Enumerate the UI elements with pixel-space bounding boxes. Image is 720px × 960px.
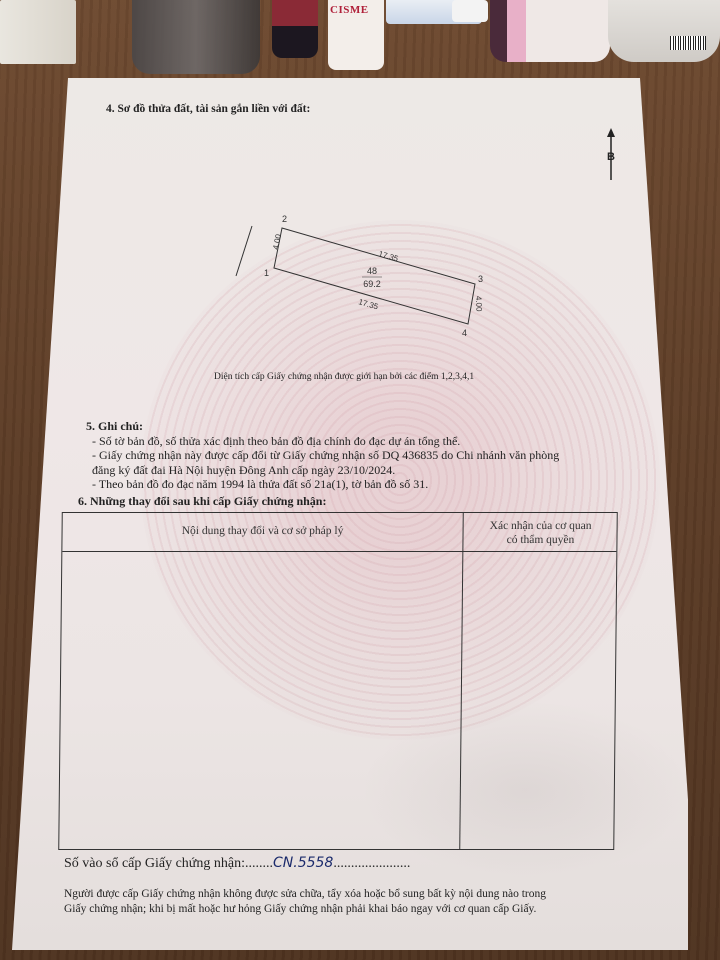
registration-label: Số vào sổ cấp Giấy chứng nhận: (64, 856, 245, 871)
svg-text:2: 2 (282, 214, 287, 224)
north-label: B (607, 151, 615, 163)
tabletop-items: CISME (0, 0, 720, 78)
plot-caption: Diện tích cấp Giấy chứng nhận được giới … (214, 372, 474, 382)
svg-text:4: 4 (462, 328, 467, 336)
svg-text:1: 1 (264, 268, 269, 278)
footer-warning: Người được cấp Giấy chứng nhận không đượ… (64, 887, 644, 917)
footer-line: Giấy chứng nhận; khi bị mất hoặc hư hỏng… (64, 902, 644, 917)
barcode-icon (670, 36, 706, 50)
dots: ...................... (333, 856, 410, 871)
svg-text:69.2: 69.2 (363, 279, 381, 289)
header-line: Xác nhận của cơ quan (465, 519, 617, 533)
tube-cap (452, 0, 488, 22)
svg-text:17.35: 17.35 (357, 297, 379, 311)
dots: ........ (245, 856, 273, 871)
header-line: có thẩm quyền (464, 533, 616, 547)
header-authority-confirmation: Xác nhận của cơ quan có thẩm quyền (464, 519, 616, 547)
parcel-diagram: 2 1 3 4 4.00 17.35 4.00 17.35 48 69.2 (228, 206, 518, 336)
section6-title: 6. Những thay đổi sau khi cấp Giấy chứng… (78, 494, 326, 509)
north-arrow-icon: B (604, 128, 618, 182)
footer-line: Người được cấp Giấy chứng nhận không đượ… (64, 887, 644, 902)
registration-value: CN.5558 (273, 855, 333, 871)
white-jar (608, 0, 720, 62)
notes-section: 5. Ghi chú: - Số tờ bản đồ, số thửa xác … (86, 419, 646, 492)
registration-number: Số vào sổ cấp Giấy chứng nhận:........CN… (64, 855, 410, 872)
svg-text:3: 3 (478, 274, 483, 284)
svg-text:4.00: 4.00 (474, 296, 484, 312)
product-box (0, 0, 76, 64)
note-line: - Số tờ bản đồ, số thửa xác định theo bả… (86, 434, 646, 449)
section4-title: 4. Sơ đồ thửa đất, tài sản gắn liền với … (106, 103, 310, 115)
note-line: - Giấy chứng nhận này được cấp đổi từ Gi… (86, 448, 646, 463)
serum-bottle: CISME (328, 0, 384, 70)
svg-text:17.35: 17.35 (377, 249, 399, 263)
changes-table: Nội dung thay đổi và cơ sở pháp lý Xác n… (58, 512, 618, 850)
svg-text:48: 48 (367, 266, 377, 276)
changes-column (59, 513, 464, 849)
svg-text:4.00: 4.00 (271, 233, 283, 251)
dark-bottle (272, 0, 318, 58)
bottle-label: CISME (330, 4, 369, 16)
table-header: Nội dung thay đổi và cơ sở pháp lý Xác n… (62, 513, 616, 552)
notes-title: 5. Ghi chú: (86, 419, 646, 434)
supplement-jar (490, 0, 610, 62)
note-line: - Theo bản đồ đo đạc năm 1994 là thửa đấ… (86, 477, 646, 492)
glass-jar (132, 0, 260, 74)
note-line: đăng ký đất đai Hà Nội huyện Đông Anh cấ… (86, 463, 646, 478)
header-change-content: Nội dung thay đổi và cơ sở pháp lý (63, 525, 463, 537)
